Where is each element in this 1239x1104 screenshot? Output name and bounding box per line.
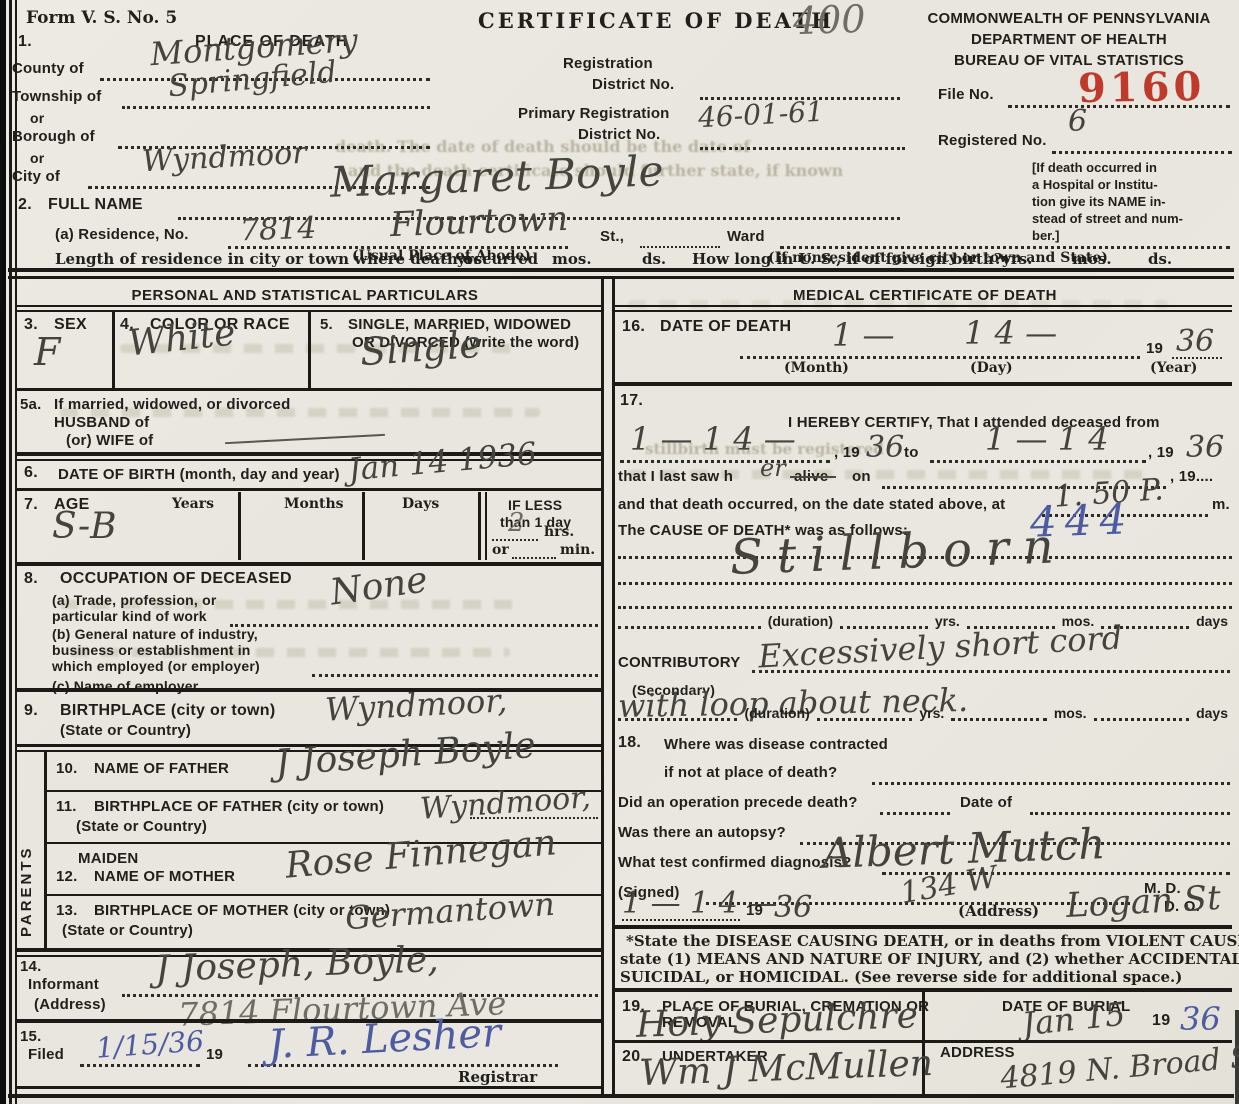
autopsy-label: Was there an autopsy? — [618, 824, 786, 841]
operation-label: Did an operation precede death? — [618, 794, 858, 811]
meridiem-label: m. — [1212, 496, 1230, 513]
occupation-a-label-1: (a) Trade, profession, or — [52, 592, 216, 608]
cell-divider — [308, 312, 311, 388]
occupation-a-label-2: particular kind of work — [52, 608, 207, 624]
township-field — [122, 102, 430, 109]
medical-heading: MEDICAL CERTIFICATE OF DEATH — [680, 287, 1170, 304]
father-name-label: NAME OF FATHER — [94, 760, 229, 777]
section-15-number: 15. — [20, 1028, 41, 1045]
ds-label-2: ds. — [1148, 250, 1172, 268]
footnote-line-1: *State the DISEASE CAUSING DEATH, or in … — [626, 932, 1239, 950]
or-label-1: or — [30, 110, 44, 126]
attended-from-value: 1 — 1 4 — — [630, 420, 796, 458]
race-value: White — [126, 312, 237, 364]
mother-name-value: Rose Finnegan — [284, 822, 558, 887]
dob-label: DATE OF BIRTH (month, day and year) — [58, 466, 340, 483]
death-month-value: 1 — — [832, 316, 895, 354]
rule — [615, 382, 1232, 386]
contributory-label: CONTRIBUTORY — [618, 654, 740, 671]
informant-name-value: J Joseph, Boyle, — [154, 939, 439, 990]
or-less-label: or — [492, 542, 509, 558]
attended-from-field — [620, 456, 830, 463]
birthplace-label: BIRTHPLACE (city or town) — [60, 702, 276, 720]
primary-district-label: District No. — [578, 126, 660, 143]
primary-district-value: 46-01-61 — [697, 95, 824, 135]
section-13-number: 13. — [56, 902, 77, 919]
informant-address-sub: (Address) — [34, 996, 106, 1013]
rule — [15, 388, 601, 391]
undertaker-address-label: ADDRESS — [940, 1044, 1015, 1061]
husband-label-3: (or) WIFE of — [66, 432, 153, 449]
rule — [15, 562, 601, 566]
section-9-number: 9. — [24, 702, 38, 720]
penciled-number: 400 — [792, 0, 866, 43]
registered-no-field — [1052, 147, 1232, 154]
duration-days-label: days — [1194, 613, 1230, 629]
how-long-us-label: How long in U. S., if of foreign birth? — [692, 250, 1003, 268]
rule — [615, 310, 1232, 312]
husband-label-2: HUSBAND of — [54, 414, 149, 431]
section-12-number: 12. — [56, 868, 77, 885]
dotted-leader — [817, 704, 913, 721]
borough-label: Borough of — [12, 128, 95, 145]
date-of-death-label: DATE OF DEATH — [660, 318, 791, 336]
dotted-leader — [618, 612, 761, 629]
residence-number-value: 7814 — [239, 211, 317, 249]
scan-edge-left — [0, 0, 6, 1104]
section-8-number: 8. — [24, 570, 38, 588]
rule — [15, 688, 601, 692]
registration-district-label: District No. — [592, 76, 674, 93]
printed-19-to: , 19 — [1148, 444, 1174, 461]
section-5a-number: 5a. — [20, 396, 41, 413]
years-header: Years — [172, 496, 214, 512]
burial-year-value: 36 — [1180, 1000, 1221, 1038]
disease-contracted-field — [872, 778, 1230, 785]
primary-registration-label: Primary Registration — [518, 105, 670, 122]
registration-label: Registration — [563, 55, 653, 72]
yrs-label-2: yrs. — [1002, 250, 1032, 268]
filed-label: Filed — [28, 1046, 64, 1063]
rule — [615, 305, 1232, 307]
rule — [8, 276, 1234, 279]
day-caption: (Day) — [970, 360, 1013, 376]
printed-19-burial: 19 — [1152, 1012, 1170, 1030]
form-border-left-outer — [9, 0, 12, 1104]
duration-line: (duration) yrs. mos. days — [618, 612, 1230, 629]
file-no-label: File No. — [938, 86, 994, 103]
section-10-number: 10. — [56, 760, 77, 777]
father-birthplace-value: Wyndmoor, — [419, 780, 592, 827]
section-6-number: 6. — [24, 464, 38, 482]
primary-district-field — [700, 143, 905, 150]
year-caption: (Year) — [1150, 360, 1197, 376]
full-name-value: Margaret Boyle — [329, 146, 664, 207]
from-year-value: 36 — [866, 430, 904, 465]
ward-field — [780, 242, 1230, 249]
column-divider — [601, 279, 604, 1097]
county-label: County of — [12, 60, 84, 77]
cause-field-line-3 — [618, 602, 1232, 609]
disease-contracted-label-2: if not at place of death? — [664, 764, 837, 781]
maiden-label: MAIDEN — [78, 850, 138, 867]
dob-value: Jan 14 1936 — [347, 436, 538, 488]
address-caption: (Address) — [958, 902, 1039, 920]
duration-label: (duration) — [766, 613, 835, 629]
duration-label: (duration) — [742, 705, 811, 721]
operation-date-label: Date of — [960, 794, 1012, 811]
test-label: What test confirmed diagnosis? — [618, 854, 852, 871]
mos-label: mos. — [552, 250, 592, 268]
cell-divider — [478, 492, 481, 560]
section-7-number: 7. — [24, 496, 38, 514]
informant-label: Informant — [28, 976, 99, 993]
physician-address-value-2: Logan St — [1065, 878, 1222, 926]
personal-heading: PERSONAL AND STATISTICAL PARTICULARS — [70, 287, 540, 304]
occupation-a-field — [230, 620, 598, 627]
sex-value: F — [34, 330, 60, 374]
mos-label-2: mos. — [1072, 250, 1112, 268]
registrar-label: Registrar — [458, 1068, 537, 1086]
cell-divider — [362, 492, 365, 560]
printed-19: 19 — [1146, 340, 1163, 357]
residence-street-value: Flourtown — [389, 199, 569, 245]
father-birthplace-label: BIRTHPLACE OF FATHER (city or town) — [94, 798, 384, 815]
burial-place-value: Holy Sepulchre — [635, 995, 918, 1046]
operation-field — [880, 808, 950, 815]
section-5-number: 5. — [320, 316, 333, 333]
father-name-value: J Joseph Boyle — [274, 725, 537, 784]
husband-label-1: If married, widowed, or divorced — [54, 396, 290, 413]
parents-cell-divider — [44, 752, 47, 952]
signature-year-value: 36 — [774, 890, 812, 925]
street-suffix-label: St., — [600, 228, 624, 245]
rule — [15, 305, 601, 307]
ds-label: ds. — [642, 250, 666, 268]
month-caption: (Month) — [784, 360, 849, 376]
or-label-2: or — [30, 150, 44, 166]
signature-date-field — [622, 916, 740, 921]
registered-no-label: Registered No. — [938, 132, 1047, 149]
min-label: min. — [560, 542, 595, 558]
mother-birthplace-value: Germantown — [344, 885, 556, 938]
mother-name-label: NAME OF MOTHER — [94, 868, 235, 885]
last-saw-19: , 19.... — [1170, 468, 1213, 485]
rule — [8, 1094, 1234, 1098]
yrs-label: yrs. — [457, 250, 487, 268]
on-word: on — [852, 468, 871, 485]
agency-line-1: COMMONWEALTH OF PENNSYLVANIA — [903, 10, 1235, 27]
form-number: Form V. S. No. 5 — [26, 8, 177, 28]
duration-mos-label: mos. — [1052, 705, 1089, 721]
rule — [8, 268, 1234, 272]
township-label: Township of — [12, 88, 101, 105]
section-17-number: 17. — [620, 392, 643, 410]
city-label: City of — [12, 168, 60, 185]
occupation-b-field — [312, 670, 598, 677]
form-border-left-inner — [15, 0, 17, 1104]
footnote-line-2: state (1) MEANS AND NATURE OF INJURY, an… — [620, 950, 1239, 968]
to-word: to — [904, 444, 919, 461]
alive-strikethrough — [790, 476, 836, 478]
section-11-number: 11. — [56, 798, 77, 815]
her-value: er — [760, 454, 786, 482]
section-2-number: 2. — [18, 196, 32, 214]
death-day-value: 1 4 — — [964, 314, 1057, 352]
death-certificate-page: death. The date of death should be the d… — [0, 0, 1239, 1104]
birthplace-sub-label: (State or Country) — [60, 722, 191, 739]
residence-label: (a) Residence, No. — [55, 226, 189, 243]
dotted-leader — [840, 612, 928, 629]
duration-days-label: days — [1194, 705, 1230, 721]
dotted-leader — [951, 704, 1047, 721]
rule — [15, 488, 601, 491]
mother-birthplace-sub: (State or Country) — [62, 922, 193, 939]
days-header: Days — [402, 496, 439, 512]
operation-date-field — [1030, 808, 1230, 815]
occupation-b-label-3: which employed (or employer) — [52, 658, 260, 674]
date-of-death-field — [740, 352, 1140, 359]
occupation-b-label-1: (b) General nature of industry, — [52, 626, 258, 642]
section-18-number: 18. — [618, 734, 641, 752]
death-occurred-label: and that death occurred, on the date sta… — [618, 496, 1005, 513]
months-header: Months — [284, 496, 344, 512]
min-field — [512, 554, 556, 559]
file-no-stamp: 9160 — [1078, 63, 1206, 112]
dotted-leader — [1094, 704, 1190, 721]
death-year-value: 36 — [1176, 324, 1214, 359]
hospital-note: [If death occurred in a Hospital or Inst… — [1032, 160, 1234, 244]
printed-19-from: , 19 — [834, 444, 860, 461]
street-suffix-field — [640, 243, 720, 248]
last-saw-label: that I last saw h — [618, 468, 733, 485]
husband-dash-stroke — [225, 434, 385, 444]
column-divider — [612, 279, 615, 1097]
hrs-label: hrs. — [544, 524, 574, 540]
cause-value: Stillborn — [729, 518, 1068, 586]
printed-19-signed: 19 — [746, 902, 763, 919]
rule — [615, 925, 1232, 929]
hrs-value: 2 — [508, 508, 525, 538]
filed-19-label: 19 — [206, 1046, 223, 1063]
occupation-b-label-2: business or establishment in — [52, 642, 251, 658]
ward-label: Ward — [727, 228, 765, 245]
footnote-line-3: SUICIDAL, or HOMICIDAL. (See reverse sid… — [620, 968, 1182, 986]
full-name-label: FULL NAME — [48, 196, 143, 214]
to-year-value: 36 — [1186, 430, 1224, 465]
birthplace-value: Wyndmoor, — [324, 681, 508, 728]
age-value: S-B — [52, 506, 117, 547]
occupation-label: OCCUPATION OF DECEASED — [60, 570, 292, 588]
cell-divider — [485, 492, 487, 560]
agency-line-2: DEPARTMENT OF HEALTH — [903, 31, 1235, 48]
duration-line-secondary: (duration) yrs. mos. days — [618, 704, 1230, 721]
undertaker-value: Wm J McMullen — [639, 1043, 933, 1094]
attended-to-value: 1 — 1 4 — [985, 420, 1109, 458]
certificate-title: CERTIFICATE OF DEATH — [478, 8, 834, 33]
disease-contracted-label-1: Where was disease contracted — [664, 736, 888, 753]
rule — [15, 1086, 601, 1089]
duration-yrs-label: yrs. — [917, 705, 946, 721]
cause-field-line-2 — [618, 578, 1232, 585]
section-16-number: 16. — [622, 318, 645, 336]
section-14-number: 14. — [20, 958, 41, 975]
contributory-field — [752, 666, 1230, 673]
cell-divider — [238, 492, 241, 560]
section-1-number: 1. — [18, 33, 32, 51]
registered-no-value: 6 — [1068, 104, 1087, 139]
father-birthplace-sub: (State or Country) — [76, 818, 207, 835]
cell-divider — [112, 312, 115, 388]
dotted-leader — [618, 704, 737, 721]
city-value: Wyndmoor — [141, 136, 307, 180]
parents-vertical-label: PARENTS — [18, 772, 35, 937]
marital-value: Single — [359, 322, 483, 374]
undertaker-address-value: 4819 N. Broad St — [999, 1039, 1239, 1097]
filed-date-value: 1/15/36 — [95, 1024, 205, 1064]
